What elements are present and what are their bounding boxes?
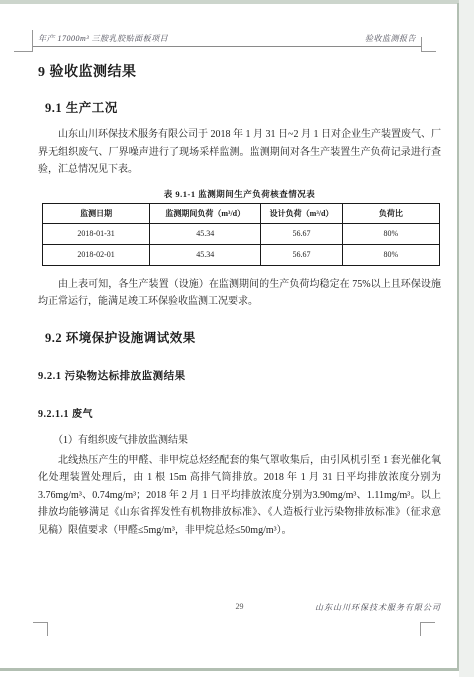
page-header: 年产 17000m³ 三胺乳胶贴面板项目 验收监测报告 bbox=[38, 33, 416, 44]
crop-mark-bottom-left bbox=[33, 622, 48, 636]
subsection-title-production: 9.1 生产工况 bbox=[45, 98, 441, 116]
header-report-type: 验收监测报告 bbox=[365, 33, 416, 44]
paragraph-load-conclusion: 由上表可知，各生产装置（设施）在监测期间的生产负荷均稳定在 75%以上且环保设施… bbox=[38, 276, 441, 311]
table-cell: 56.67 bbox=[261, 244, 342, 265]
table-caption: 表 9.1-1 监测期间生产负荷核查情况表 bbox=[38, 188, 441, 200]
section-title: 9 验收监测结果 bbox=[38, 61, 441, 81]
table-header-row: 监测日期 监测期间负荷（m³/d） 设计负荷（m³/d） 负荷比 bbox=[43, 203, 440, 223]
subsection-title-env: 9.2 环境保护设施调试效果 bbox=[45, 328, 441, 346]
col-header-load-ratio: 负荷比 bbox=[342, 203, 439, 223]
table-cell: 45.34 bbox=[150, 244, 261, 265]
subsection-title-pollutant: 9.2.1 污染物达标排放监测结果 bbox=[38, 368, 441, 383]
table-row: 2018-02-0145.3456.6780% bbox=[43, 244, 440, 265]
table-cell: 45.34 bbox=[150, 223, 261, 244]
table-row: 2018-01-3145.3456.6780% bbox=[43, 223, 440, 244]
production-load-table: 监测日期 监测期间负荷（m³/d） 设计负荷（m³/d） 负荷比 2018-01… bbox=[42, 203, 440, 266]
paragraph-monitoring-overview: 山东山川环保技术服务有限公司于 2018 年 1 月 31 日~2 月 1 日对… bbox=[38, 126, 441, 179]
page-bottom-border bbox=[0, 668, 459, 671]
page-right-border bbox=[457, 3, 459, 671]
table-cell: 56.67 bbox=[261, 223, 342, 244]
page-body: 9 验收监测结果 9.1 生产工况 山东山川环保技术服务有限公司于 2018 年… bbox=[38, 52, 441, 539]
subsection-title-gas: 9.2.1.1 废气 bbox=[38, 405, 441, 420]
col-header-design-load: 设计负荷（m³/d） bbox=[261, 203, 342, 223]
window-top-edge bbox=[0, 0, 474, 4]
col-header-monitoring-load: 监测期间负荷（m³/d） bbox=[150, 203, 261, 223]
header-rule bbox=[33, 46, 421, 47]
window-right-margin bbox=[459, 0, 474, 677]
crop-mark-bottom-right bbox=[420, 622, 435, 636]
crop-mark-top-left bbox=[14, 30, 33, 52]
list-item-organized-gas: （1）有组织废气排放监测结果 bbox=[38, 433, 441, 449]
header-project-title: 年产 17000m³ 三胺乳胶贴面板项目 bbox=[38, 33, 168, 44]
document-page: 年产 17000m³ 三胺乳胶贴面板项目 验收监测报告 9 验收监测结果 9.1… bbox=[0, 0, 474, 677]
paragraph-gas-results: 北线热压产生的甲醛、非甲烷总烃经配套的集气罩收集后，由引风机引至 1 套光催化氧… bbox=[38, 452, 441, 540]
col-header-date: 监测日期 bbox=[43, 203, 150, 223]
crop-mark-top-right bbox=[421, 37, 436, 52]
footer-company-name: 山东山川环保技术服务有限公司 bbox=[315, 602, 441, 613]
page-footer: 29 山东山川环保技术服务有限公司 bbox=[38, 602, 441, 616]
table-cell: 2018-02-01 bbox=[43, 244, 150, 265]
table-cell: 80% bbox=[342, 223, 439, 244]
table-cell: 80% bbox=[342, 244, 439, 265]
table-cell: 2018-01-31 bbox=[43, 223, 150, 244]
